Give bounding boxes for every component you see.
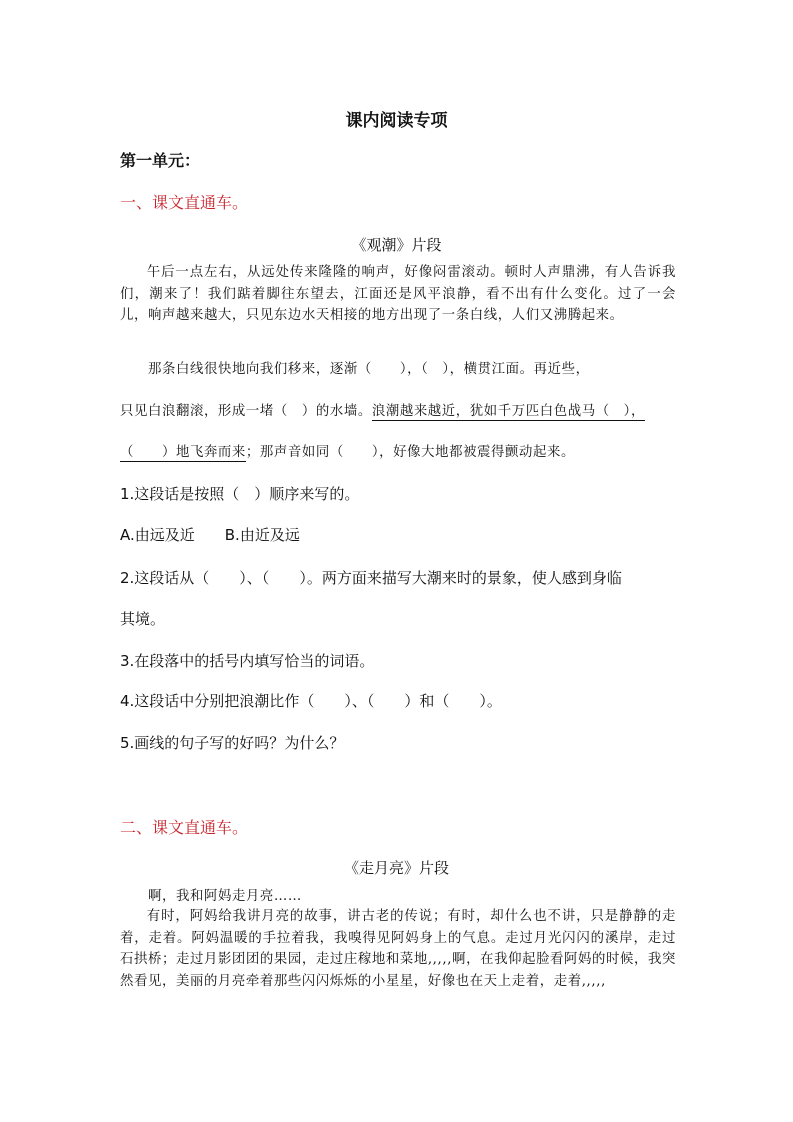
underlined-sentence-end: （ ）地飞奔而来 bbox=[120, 445, 246, 462]
paragraph-text: 只见白浪翻滚，形成一堵（ ）的水墙。 bbox=[120, 404, 372, 419]
passage-title-guanchao: 《观潮》片段 bbox=[0, 234, 793, 255]
passage-paragraph-2-line-2: 只见白浪翻滚，形成一堵（ ）的水墙。浪潮越来越近，犹如千万匹白色战马（ ）， bbox=[120, 400, 645, 419]
paragraph-text: ；那声音如同（ ），好像大地都被震得颤动起来。 bbox=[246, 445, 575, 460]
question-2-continued: 其境。 bbox=[120, 608, 165, 629]
question-2: 2.这段话从（ ）、（ ）。两方面来描写大潮来时的景象，使人感到身临 bbox=[120, 567, 622, 588]
question-4: 4.这段话中分别把浪潮比作（ ）、（ ）和（ ）。 bbox=[120, 690, 502, 711]
passage-line-1: 啊，我和阿妈走月亮…… bbox=[148, 885, 302, 904]
question-3: 3.在段落中的括号内填写恰当的词语。 bbox=[120, 650, 374, 671]
passage-paragraph: 有时，阿妈给我讲月亮的故事，讲古老的传说；有时，却什么也不讲，只是静静的走着，走… bbox=[120, 906, 676, 992]
question-1-options: A.由远及近 B.由近及远 bbox=[120, 524, 300, 545]
passage-paragraph-2-line-3: （ ）地飞奔而来；那声音如同（ ），好像大地都被震得颤动起来。 bbox=[120, 441, 575, 460]
underlined-sentence: 浪潮越来越近，犹如千万匹白色战马（ ）， bbox=[372, 404, 645, 421]
passage-paragraph-2-line-1: 那条白线很快地向我们移来，逐渐（ ），（ ），横贯江面。再近些， bbox=[148, 358, 590, 377]
section-2-heading: 二、课文直通车。 bbox=[120, 815, 248, 838]
section-1-heading: 一、课文直通车。 bbox=[120, 190, 248, 213]
question-1: 1.这段话是按照（ ）顺序来写的。 bbox=[120, 483, 359, 504]
question-5: 5.画线的句子写的好吗？为什么？ bbox=[120, 732, 344, 753]
unit-heading: 第一单元： bbox=[120, 148, 200, 171]
passage-paragraph-1: 午后一点左右，从远处传来隆隆的响声，好像闷雷滚动。顿时人声鼎沸，有人告诉我们，潮… bbox=[120, 262, 676, 327]
passage-title-zouyueliang: 《走月亮》片段 bbox=[0, 857, 793, 878]
page-title: 课内阅读专项 bbox=[0, 106, 793, 131]
